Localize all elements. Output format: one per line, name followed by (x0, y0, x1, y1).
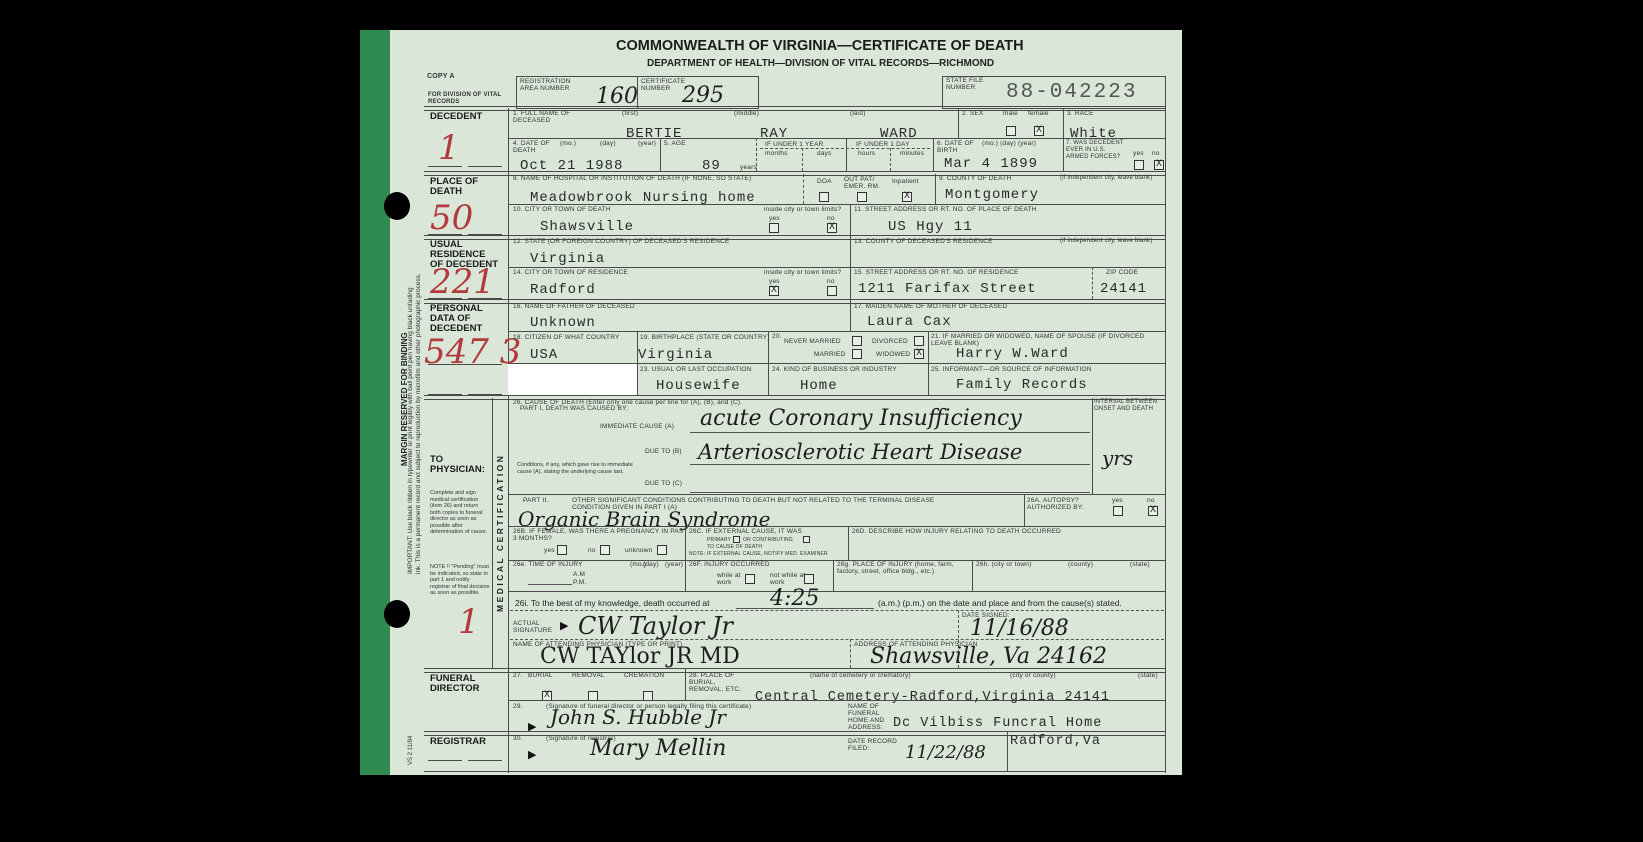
cause-b: Arteriosclerotic Heart Disease (698, 440, 1022, 464)
arrow-right-icon: ▶ (560, 619, 568, 632)
sex-male-checkbox[interactable] (1006, 126, 1016, 136)
physician-name: CW TAYlor JR MD (540, 644, 740, 669)
section-to-physician: TO PHYSICIAN: (430, 455, 490, 475)
armed-forces-no-checkbox[interactable]: X (1154, 160, 1164, 170)
state-of-residence: Virginia (530, 251, 605, 267)
funeral-director-signature: John S. Hubble Jr (550, 705, 726, 729)
time-of-death: 4:25 (770, 586, 819, 611)
informant: Family Records (956, 377, 1088, 393)
spouse-name: Harry W.Ward (956, 346, 1069, 362)
redacted-area (508, 364, 637, 396)
certificate-subtitle: DEPARTMENT OF HEALTH—DIVISION OF VITAL R… (647, 58, 994, 69)
death-statement-1: 26i. To the best of my knowledge, death … (515, 598, 710, 608)
death-inside-limits-yes[interactable] (769, 223, 779, 233)
city-of-death: Shawsville (540, 219, 634, 235)
funeral-home: Dc Vilbiss Funcral Home (893, 716, 1102, 731)
death-inside-limits-no[interactable]: X (827, 223, 837, 233)
arrow-right-icon: ▶ (528, 748, 536, 761)
date-of-birth: Mar 4 1899 (944, 156, 1038, 172)
occupation: Housewife (656, 378, 741, 394)
mother-maiden-name: Laura Cax (867, 314, 952, 330)
interval-b: yrs (1102, 446, 1133, 470)
citizenship: USA (530, 347, 558, 363)
punch-hole (384, 600, 410, 628)
place-of-death-code: 50 (430, 198, 473, 238)
while-at-work-checkbox[interactable] (745, 574, 755, 584)
registrar-signature: Mary Mellin (590, 736, 726, 761)
married-checkbox[interactable] (852, 349, 862, 359)
doa-checkbox[interactable] (819, 192, 829, 202)
registrar-location: Radford,Va (1010, 734, 1101, 749)
physician-instructions: Complete and sign medical certification … (430, 490, 490, 536)
city-of-residence: Radford (530, 282, 596, 298)
personal-data-code: 547 3 (424, 332, 521, 372)
pregnancy-unknown-checkbox[interactable] (657, 545, 667, 555)
certificate-number-value: 295 (682, 83, 724, 108)
section-decedent: DECEDENT (430, 112, 482, 122)
full-name-label: 1. FULL NAME OF DECEASED (513, 110, 573, 124)
physician-address: Shawsville, Va 24162 (870, 644, 1107, 669)
decedent-code: 1 (438, 128, 460, 168)
father-name: Unknown (530, 315, 596, 331)
section-place-of-death: PLACE OF DEATH (430, 177, 490, 197)
death-certificate: MARGIN RESERVED FOR BINDING IMPORTANT: U… (360, 30, 1182, 775)
date-signed: 11/16/88 (970, 616, 1069, 641)
registration-area-label: REGISTRATION AREA NUMBER (520, 78, 580, 92)
medical-certification-label: MEDICAL CERTIFICATION (495, 454, 505, 612)
res-inside-limits-yes[interactable]: X (769, 286, 779, 296)
conditions-note: Conditions, if any, which gave rise to i… (517, 462, 637, 475)
outpatient-checkbox[interactable] (857, 192, 867, 202)
pregnancy-no-checkbox[interactable] (600, 545, 610, 555)
punch-hole (384, 192, 410, 220)
copy-label: COPY A (427, 73, 455, 80)
birthplace: Virginia (638, 347, 713, 363)
physician-signature: CW Taylor Jr (578, 612, 733, 640)
middle-name: RAY (760, 126, 788, 142)
important-note-line1: IMPORTANT: Use black ribbon in typewrite… (407, 287, 414, 574)
important-note-line2: ink. This is a permanent record and subj… (415, 273, 422, 574)
business: Home (800, 378, 838, 394)
armed-forces-yes-checkbox[interactable] (1134, 160, 1144, 170)
external-contributing-checkbox[interactable] (803, 536, 810, 543)
division-label: FOR DIVISION OF VITAL RECORDS (428, 92, 508, 106)
never-married-checkbox[interactable] (852, 336, 862, 346)
county-of-death: Montgomery (945, 187, 1039, 203)
section-personal-data: PERSONAL DATA OF DECEDENT (430, 304, 500, 334)
physician-code: 1 (458, 602, 480, 642)
binding-strip (360, 30, 390, 775)
street-of-residence: 1211 Farifax Street (858, 281, 1037, 297)
inpatient-checkbox[interactable]: X (902, 192, 912, 202)
divider (508, 108, 509, 773)
sex-female-checkbox[interactable]: X (1034, 126, 1044, 136)
pending-note: NOTE !! "Pending" must be indicated, so … (430, 564, 490, 597)
not-at-work-checkbox[interactable] (804, 574, 814, 584)
divorced-checkbox[interactable] (914, 336, 924, 346)
divider (1165, 108, 1166, 773)
burial-place: Central Cemetery-Radford,Virginia 24141 (755, 690, 1110, 705)
cause-a: acute Coronary Insufficiency (700, 406, 1022, 431)
res-inside-limits-no[interactable] (827, 286, 837, 296)
autopsy-no-checkbox[interactable]: X (1148, 506, 1158, 516)
date-record-filed: 11/22/88 (905, 742, 986, 763)
external-primary-checkbox[interactable] (733, 536, 740, 543)
zip-code: 24141 (1100, 281, 1147, 297)
widowed-checkbox[interactable]: X (914, 349, 924, 359)
section-registrar: REGISTRAR (430, 737, 486, 747)
state-file-label: STATE FILE NUMBER (946, 77, 996, 91)
last-name: WARD (880, 126, 918, 142)
certificate-title: COMMONWEALTH OF VIRGINIA—CERTIFICATE OF … (616, 38, 1024, 54)
death-statement-2: (a.m.) (p.m.) on the date and place and … (878, 598, 1122, 608)
street-of-death: US Hgy 11 (888, 219, 973, 235)
autopsy-yes-checkbox[interactable] (1113, 506, 1123, 516)
state-file-value: 88-042223 (1006, 81, 1137, 104)
section-funeral-director: FUNERAL DIRECTOR (430, 674, 500, 694)
form-code: VS 2 11/84 (408, 736, 414, 765)
pregnancy-yes-checkbox[interactable] (557, 545, 567, 555)
residence-code: 221 (430, 262, 495, 302)
